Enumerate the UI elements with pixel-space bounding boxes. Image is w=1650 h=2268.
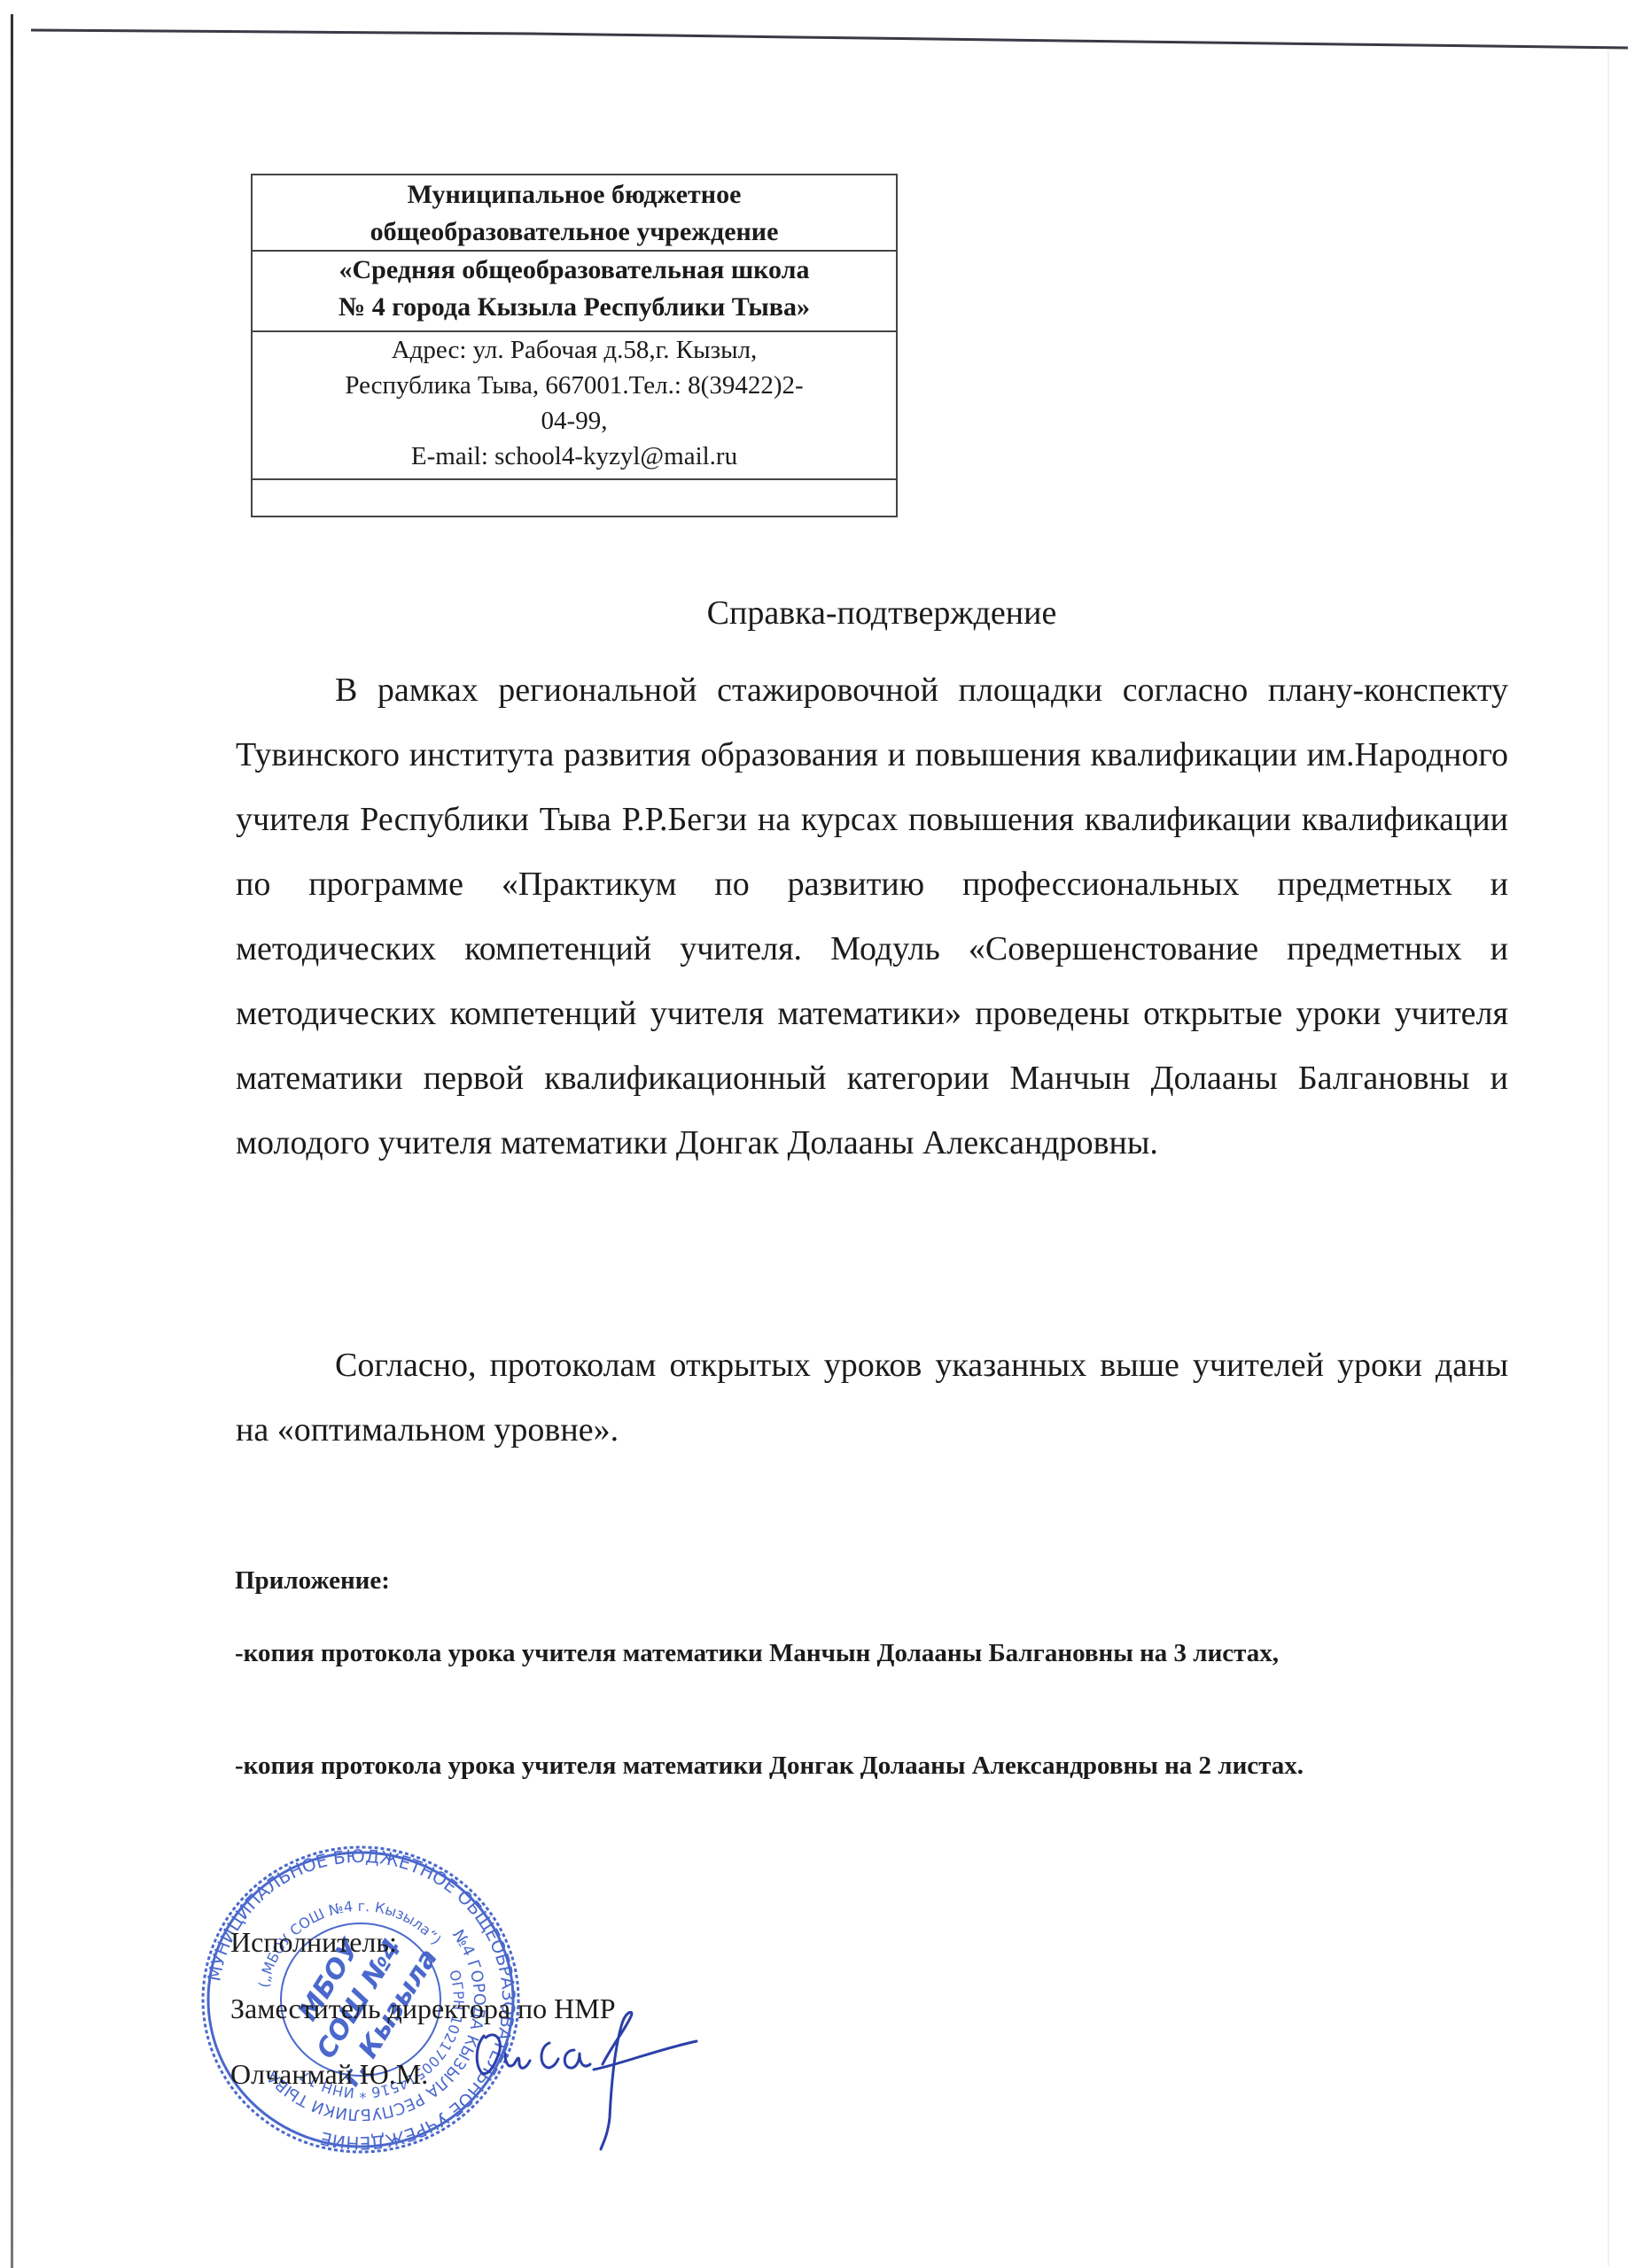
letterhead-line: № 4 города Кызыла Республики Тыва» bbox=[253, 289, 896, 326]
letterhead-table: Муниципальное бюджетное общеобразователь… bbox=[251, 174, 898, 517]
document-title: Справка-подтверждение bbox=[0, 592, 1650, 634]
address-line: Адрес: ул. Рабочая д.58,г. Кызыл, bbox=[253, 332, 896, 368]
letterhead-address: Адрес: ул. Рабочая д.58,г. Кызыл, Респуб… bbox=[253, 332, 896, 480]
address-line: 04-99, bbox=[253, 403, 896, 439]
annex-heading: Приложение: bbox=[235, 1563, 390, 1598]
email-line: E-mail: school4-kyzyl@mail.ru bbox=[253, 439, 896, 474]
scan-edge-right bbox=[1607, 51, 1609, 2266]
scan-edge-left bbox=[11, 14, 13, 2268]
body-paragraph-main: В рамках региональной стажировочной площ… bbox=[236, 658, 1508, 1176]
letterhead-line: общеобразовательное учреждение bbox=[253, 214, 896, 251]
signer-name: Олчанмай Ю.М. bbox=[230, 2056, 428, 2092]
letterhead-line: Муниципальное бюджетное bbox=[253, 176, 896, 214]
scan-top-line bbox=[0, 0, 1650, 71]
letterhead-school-name: «Средняя общеобразовательная школа № 4 г… bbox=[253, 252, 896, 332]
address-line: Республика Тыва, 667001.Тел.: 8(39422)2- bbox=[253, 368, 896, 403]
handwritten-signature-icon bbox=[470, 2011, 700, 2153]
body-paragraph-conclusion: Согласно, протоколам открытых уроков ука… bbox=[236, 1333, 1508, 1463]
letterhead-line: «Средняя общеобразовательная школа bbox=[253, 252, 896, 289]
annex-item: -копия протокола урока учителя математик… bbox=[235, 1747, 1497, 1784]
annex-item: -копия протокола урока учителя математик… bbox=[235, 1635, 1497, 1672]
signer-label: Исполнитель: bbox=[230, 1924, 397, 1960]
letterhead-org-type: Муниципальное бюджетное общеобразователь… bbox=[253, 175, 896, 252]
letterhead-empty-row bbox=[253, 480, 896, 516]
